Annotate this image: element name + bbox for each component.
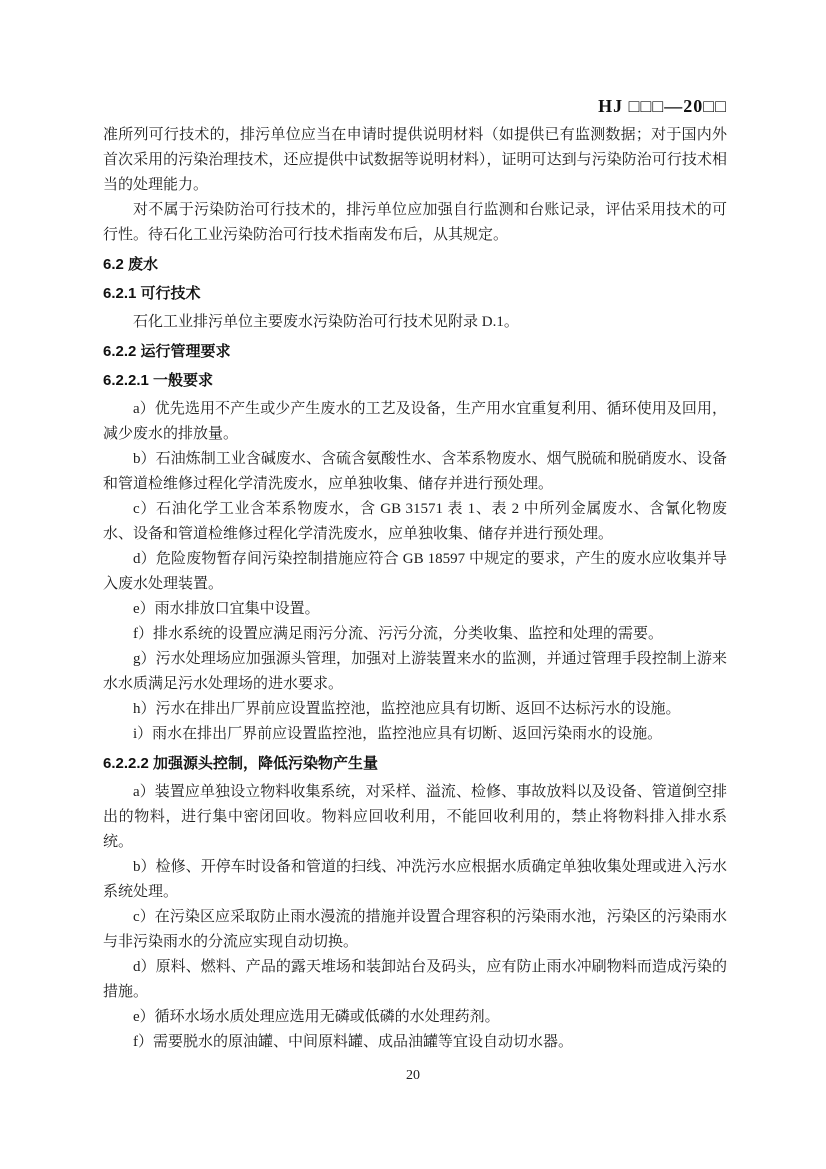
list2-item-f: f）需要脱水的原油罐、中间原料罐、成品油罐等宜设自动切水器。 — [103, 1030, 727, 1055]
list1-item-d: d）危险废物暂存间污染控制措施应符合 GB 18597 中规定的要求，产生的废水… — [103, 547, 727, 597]
heading-6-2-1-feasible-tech: 6.2.1 可行技术 — [103, 281, 727, 306]
heading-6-2-wastewater: 6.2 废水 — [103, 252, 727, 277]
page-number: 20 — [0, 1068, 826, 1084]
list1-item-e: e）雨水排放口宜集中设置。 — [103, 597, 727, 622]
heading-6-2-2-2-source-control: 6.2.2.2 加强源头控制，降低污染物产生量 — [103, 751, 727, 776]
list2-item-b: b）检修、开停车时设备和管道的扫线、冲洗污水应根据水质确定单独收集处理或进入污水… — [103, 855, 727, 905]
heading-6-2-2-1-general-requirements: 6.2.2.1 一般要求 — [103, 368, 727, 393]
standard-number-header: HJ □□□—20□□ — [103, 96, 727, 117]
list1-item-i: i）雨水在排出厂界前应设置监控池，监控池应具有切断、返回污染雨水的设施。 — [103, 722, 727, 747]
list2-item-d: d）原料、燃料、产品的露天堆场和装卸站台及码头，应有防止雨水冲刷物料而造成污染的… — [103, 955, 727, 1005]
heading-6-2-2-operation-management: 6.2.2 运行管理要求 — [103, 339, 727, 364]
list1-item-a: a）优先选用不产生或少产生废水的工艺及设备，生产用水宜重复利用、循环使用及回用，… — [103, 397, 727, 447]
list1-item-g: g）污水处理场应加强源头管理，加强对上游装置来水的监测，并通过管理手段控制上游来… — [103, 647, 727, 697]
paragraph-appendix-d1: 石化工业排污单位主要废水污染防治可行技术见附录 D.1。 — [103, 310, 727, 335]
list2-item-a: a）装置应单独设立物料收集系统，对采样、溢流、检修、事故放料以及设备、管道倒空排… — [103, 780, 727, 855]
list1-item-c: c）石油化学工业含苯系物废水，含 GB 31571 表 1、表 2 中所列金属废… — [103, 497, 727, 547]
document-page: HJ □□□—20□□ 准所列可行技术的，排污单位应当在申请时提供说明材料（如提… — [103, 96, 727, 1055]
paragraph-continuation: 准所列可行技术的，排污单位应当在申请时提供说明材料（如提供已有监测数据；对于国内… — [103, 123, 727, 198]
list2-item-e: e）循环水场水质处理应选用无磷或低磷的水处理药剂。 — [103, 1005, 727, 1030]
list1-item-f: f）排水系统的设置应满足雨污分流、污污分流，分类收集、监控和处理的需要。 — [103, 622, 727, 647]
list1-item-b: b）石油炼制工业含碱废水、含硫含氨酸性水、含苯系物废水、烟气脱硫和脱硝废水、设备… — [103, 447, 727, 497]
list1-item-h: h）污水在排出厂界前应设置监控池，监控池应具有切断、返回不达标污水的设施。 — [103, 697, 727, 722]
list2-item-c: c）在污染区应采取防止雨水漫流的措施并设置合理容积的污染雨水池，污染区的污染雨水… — [103, 905, 727, 955]
paragraph-noncompliant-tech: 对不属于污染防治可行技术的，排污单位应加强自行监测和台账记录，评估采用技术的可行… — [103, 198, 727, 248]
